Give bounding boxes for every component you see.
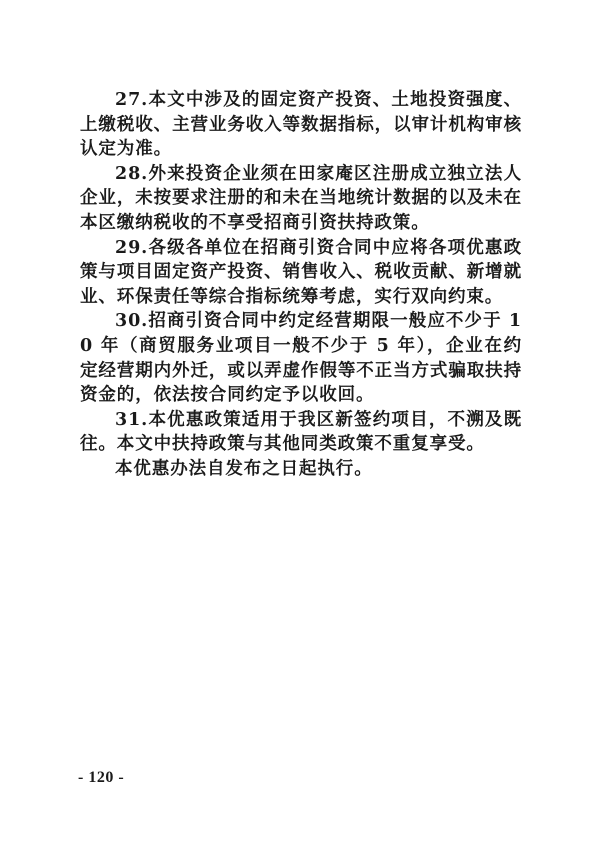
paragraph-30: 30.招商引资合同中约定经营期限一般应不少于 10 年（商贸服务业项目一般不少于… [80,309,522,407]
paragraph-29: 29.各级各单位在招商引资合同中应将各项优惠政策与项目固定资产投资、销售收入、税… [80,236,522,310]
paragraph-31: 31.本优惠政策适用于我区新签约项目，不溯及既往。本文中扶持政策与其他同类政策不… [80,408,522,457]
page-number: - 120 - [78,769,124,787]
effective-date-statement: 本优惠办法自发布之日起执行。 [80,457,522,482]
document-body: 27.本文中涉及的固定资产投资、土地投资强度、上缴税收、主营业务收入等数据指标，… [80,88,522,482]
paragraph-27: 27.本文中涉及的固定资产投资、土地投资强度、上缴税收、主营业务收入等数据指标，… [80,88,522,162]
paragraph-28: 28.外来投资企业须在田家庵区注册成立独立法人企业，未按要求注册的和未在当地统计… [80,162,522,236]
